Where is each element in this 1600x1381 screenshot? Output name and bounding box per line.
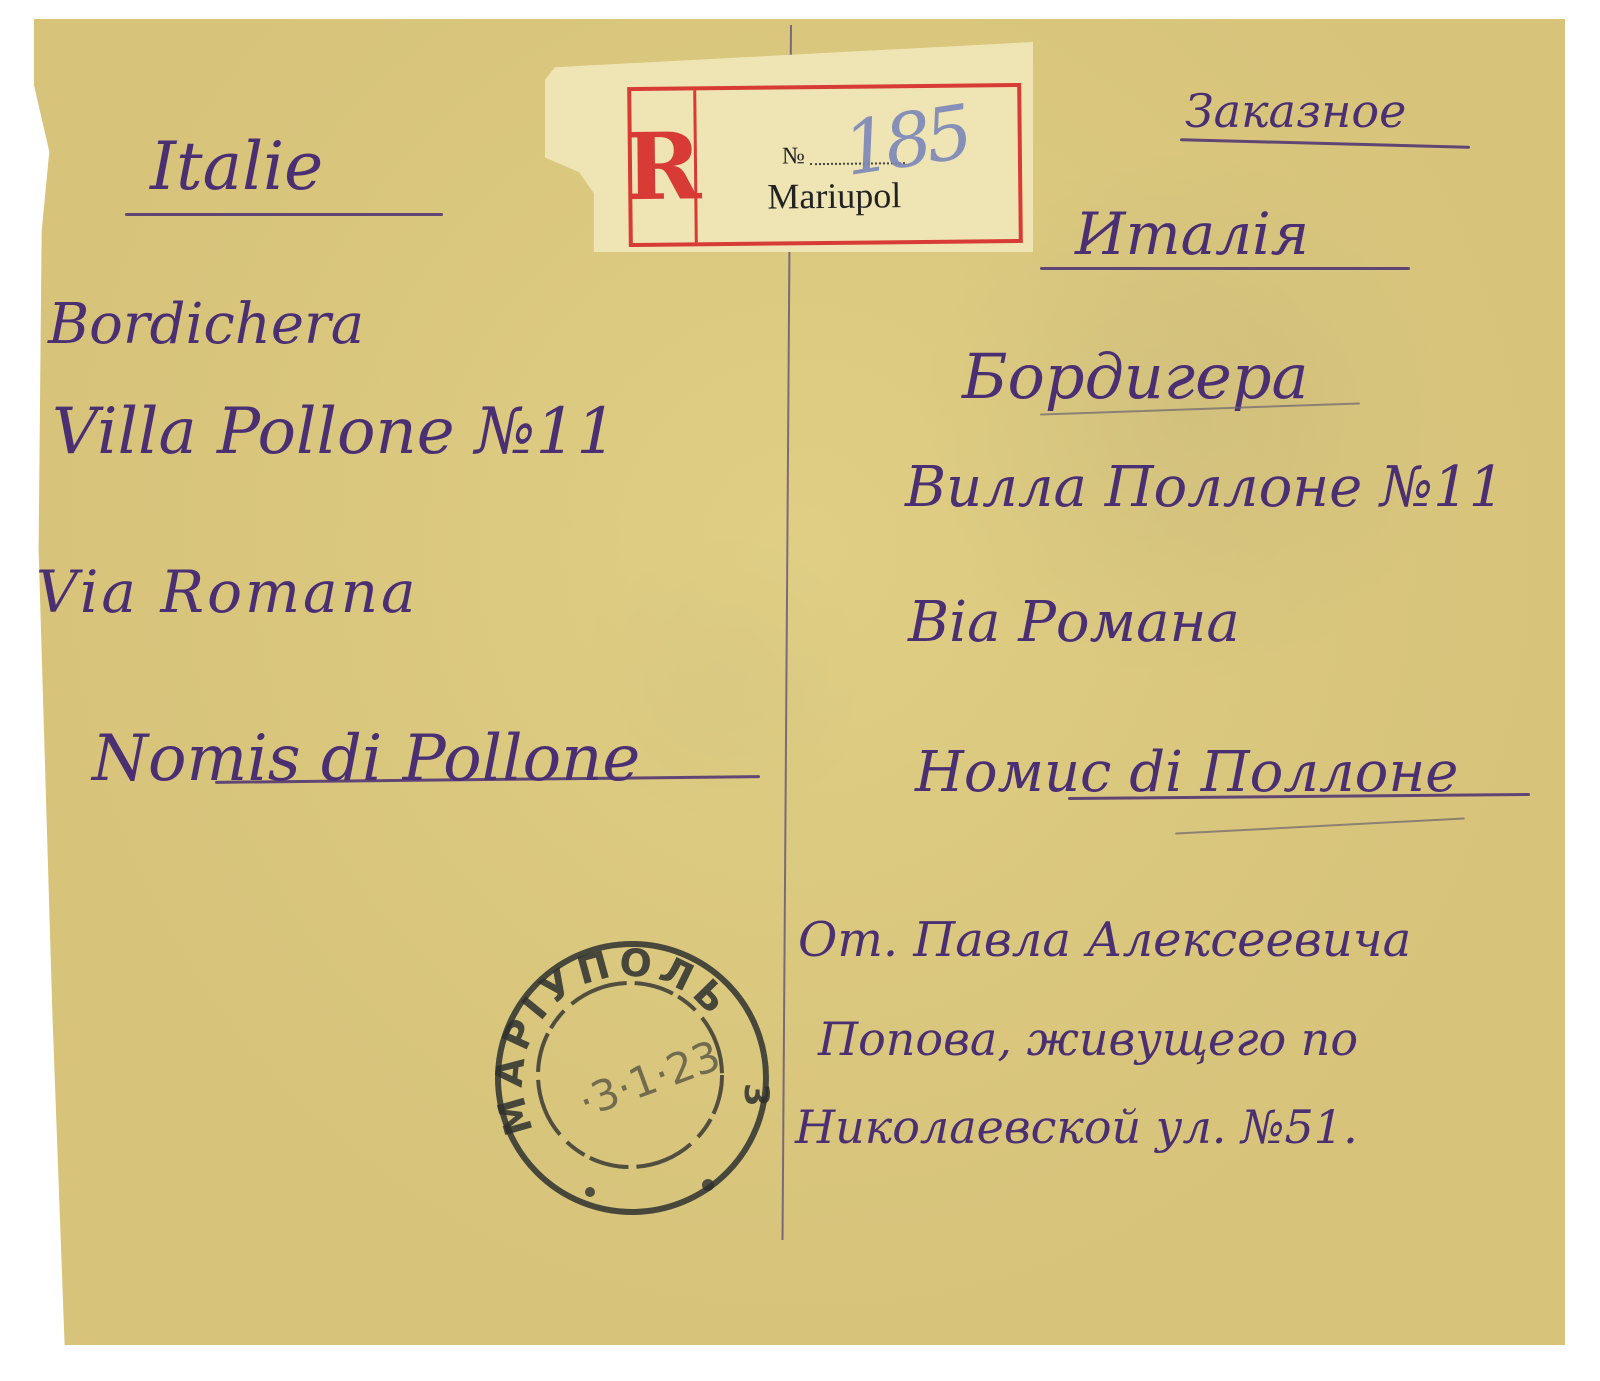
sender-line-3: Николаевской ул. №51. [795,1100,1358,1154]
registration-label: R № 185 Mariupol [627,83,1023,247]
postmark: МАРІУПОЛЬ ·3·1·23 3 [480,930,785,1225]
registration-town: Mariupol [767,174,901,217]
postmark-date: ·3·1·23 [572,1031,727,1127]
sender-line-1: От. Павла Алексеевича [798,912,1411,968]
registration-number-prefix: № [782,143,805,170]
left-country: Italie [150,128,323,205]
left-country-underline [125,213,443,216]
left-address-line-2: Villa Pollone №11 [52,395,617,469]
left-address-line-3: Via Romana [36,558,419,626]
right-address-line-2: Вилла Поллоне №11 [905,455,1504,520]
left-address-line-4: Nomis di Pollone [92,722,640,796]
sender-line-2: Попова, живущего по [818,1012,1358,1066]
right-address-line-3: Віа Романа [908,590,1240,655]
left-address-line-1: Bordichera [48,292,364,357]
right-address-line-1: Бордигера [962,340,1308,413]
right-country-underline [1040,267,1410,270]
postmark-number: 3 [736,1083,776,1107]
registration-letter-box: R [631,90,698,243]
right-country: Италія [1075,200,1309,268]
registered-mark: Заказное [1185,84,1406,138]
registration-letter: R [624,120,701,213]
